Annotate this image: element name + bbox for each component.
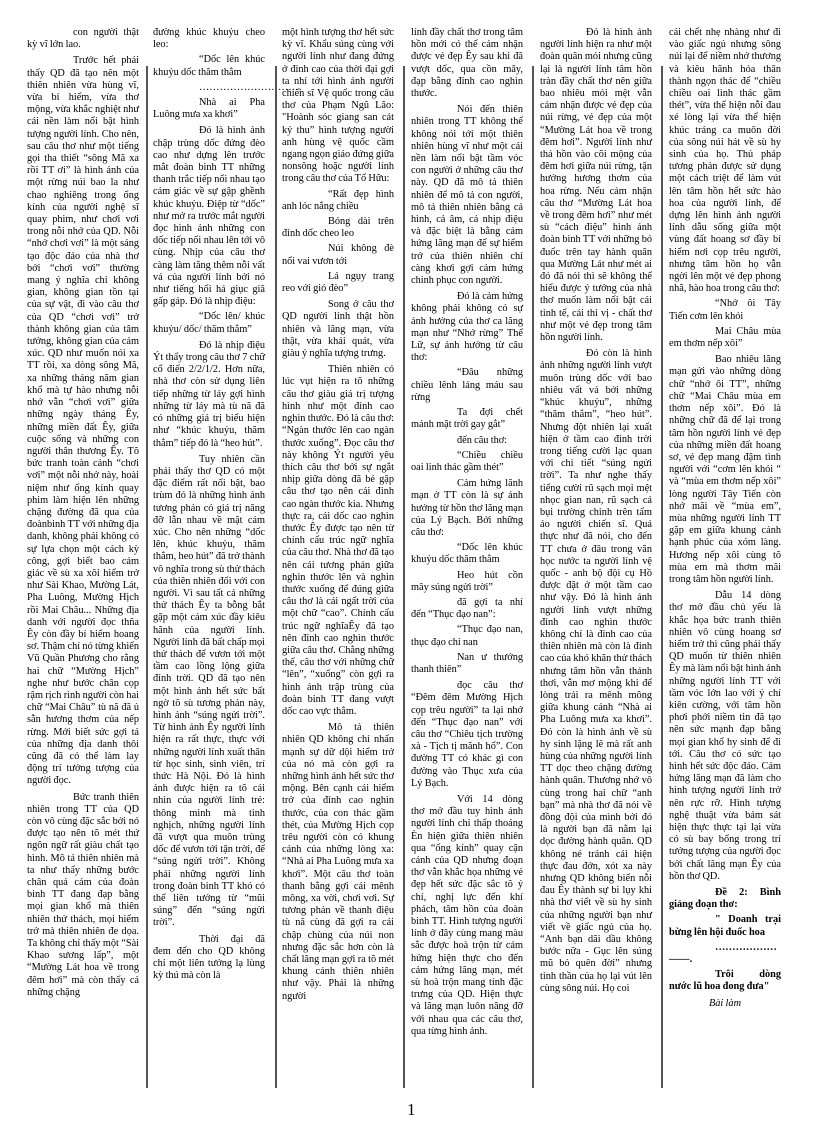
paragraph: Song ở câu thơ QD người lính thật hồn nh… xyxy=(282,299,394,360)
paragraph: Nói đến thiên nhiên trong TT không thể k… xyxy=(411,104,523,287)
column-divider xyxy=(532,66,534,1088)
paragraph: Đó là hình ảnh chập trùng dốc đứng đèo c… xyxy=(153,125,265,308)
paragraph: Với 14 dòng thơ mở đầu tuy hình ảnh ngườ… xyxy=(411,794,523,1038)
paragraph: Đó là nhịp điệu Ýt thấy trong câu thơ 7 … xyxy=(153,340,265,450)
paragraph: Đó là hình ảnh người lính hiện ra như mộ… xyxy=(540,27,652,344)
verse-line: “Nhớ ôi Tây Tiến cơm lên khói xyxy=(669,298,781,322)
verse-line: “Dốc lên/ khúc khuỷu/ dốc/ thăm thẳm” xyxy=(153,311,265,335)
verse-line: Mai Châu mùa em thơm nếp xôi” xyxy=(669,326,781,350)
paragraph: Bao nhiêu lãng mạn gửi vào những dòng ch… xyxy=(669,354,781,586)
page-number: 1 xyxy=(407,1100,416,1120)
column-divider xyxy=(146,66,148,1088)
paragraph: con người thật kỳ vĩ lớn lao. xyxy=(27,27,139,51)
column-divider xyxy=(661,66,663,1088)
verse-line: Nan ư thướng thanh thiên” xyxy=(411,652,523,676)
verse-line: “Chiều chiều oai linh thác gầm thét” xyxy=(411,450,523,474)
verse-line: “Thục đạo nan, thục đạo chi nan xyxy=(411,624,523,648)
verse-line: ………………——. xyxy=(669,942,781,966)
text-column-5: Đó là hình ảnh người lính hiện ra như mộ… xyxy=(540,27,652,995)
verse-line: Bóng dài trên đỉnh dốc cheo leo xyxy=(282,216,394,240)
verse-line: ………………………… xyxy=(153,82,265,94)
paragraph: Bức tranh thiên nhiên trong TT của QD cò… xyxy=(27,792,139,999)
verse-line: “Dốc lên khúc khuỷu dốc thăm thẳm xyxy=(411,542,523,566)
paragraph: lính đầy chất thơ trong tâm hồn mới có t… xyxy=(411,27,523,100)
verse-line: Nhà ai Pha Luông mưa xa khơi” xyxy=(153,97,265,121)
paragraph: đường khúc khuỷu cheo leo: xyxy=(153,27,265,51)
text-column-2: đường khúc khuỷu cheo leo:“Dốc lên khúc … xyxy=(153,27,265,982)
verse-line: “Dốc lên khúc khuỷu dốc thăm thẳm xyxy=(153,54,265,78)
paragraph: Cảm hứng lãnh mạn ở TT còn là sự ảnh hưở… xyxy=(411,478,523,539)
verse-line: đến câu thơ: xyxy=(411,435,523,447)
text-column-3: một hình tượng thơ hết sức kỳ vĩ. Khẩu s… xyxy=(282,27,394,1003)
paragraph: Đề 2: Bình giảng đoạn thơ: xyxy=(669,887,781,911)
verse-line: " Doanh trại bừng lên hội đuốc hoa xyxy=(669,914,781,938)
paragraph: cái chết nhẹ nhàng như đi vào giấc ngủ n… xyxy=(669,27,781,295)
text-column-4: lính đầy chất thơ trong tâm hồn mới có t… xyxy=(411,27,523,1038)
column-divider xyxy=(275,66,277,1088)
paragraph: Tuy nhiên cần phải thấy thơ QD có một đặ… xyxy=(153,454,265,930)
document-page: con người thật kỳ vĩ lớn lao.Trước hết p… xyxy=(0,0,816,1123)
paragraph: Bài làm xyxy=(669,998,781,1010)
text-column-1: con người thật kỳ vĩ lớn lao.Trước hết p… xyxy=(27,27,139,999)
paragraph: Trước hết phải thấy QD đã tạo nên một th… xyxy=(27,55,139,787)
verse-line: Heo hút cồn mây súng ngửi trời” xyxy=(411,570,523,594)
verse-line: Trôi dòng nước lũ hoa đong đưa" xyxy=(669,969,781,993)
verse-line: Lá ngụy trang reo với gió đèo” xyxy=(282,271,394,295)
paragraph: Dẫu 14 dòng thơ mở đầu chủ yếu là khắc h… xyxy=(669,590,781,883)
paragraph: Thiên nhiên có lúc vụt hiện ra tõ những … xyxy=(282,364,394,718)
column-divider xyxy=(403,66,405,1088)
paragraph: một hình tượng thơ hết sức kỳ vĩ. Khẩu s… xyxy=(282,27,394,186)
verse-line: Núi không đè nổi vai vươn tới xyxy=(282,243,394,267)
verse-line: “Rất đẹp hình anh lóc nắng chiều xyxy=(282,189,394,213)
paragraph: Đó là cảm hứng không phải không có sự ản… xyxy=(411,291,523,364)
verse-line: Ta đợi chết mảnh mặt trời gay gắt” xyxy=(411,407,523,431)
verse-line: đã gợi ta nhí đến “Thục đạo nan”: xyxy=(411,597,523,621)
paragraph: đọc câu thơ “Đêm đêm Mường Hịch cọp trêu… xyxy=(411,680,523,790)
paragraph: Mô tả thiên nhiên QD không chỉ nhấn mạnh… xyxy=(282,722,394,1003)
text-column-6: cái chết nhẹ nhàng như đi vào giấc ngủ n… xyxy=(669,27,781,1010)
verse-line: “Đâu những chiều lênh láng máu sau rừng xyxy=(411,367,523,404)
paragraph: Thời đại đã đem đến cho QD không chỉ một… xyxy=(153,934,265,983)
paragraph: Đó còn là hình ảnh những người lính vượt… xyxy=(540,348,652,995)
